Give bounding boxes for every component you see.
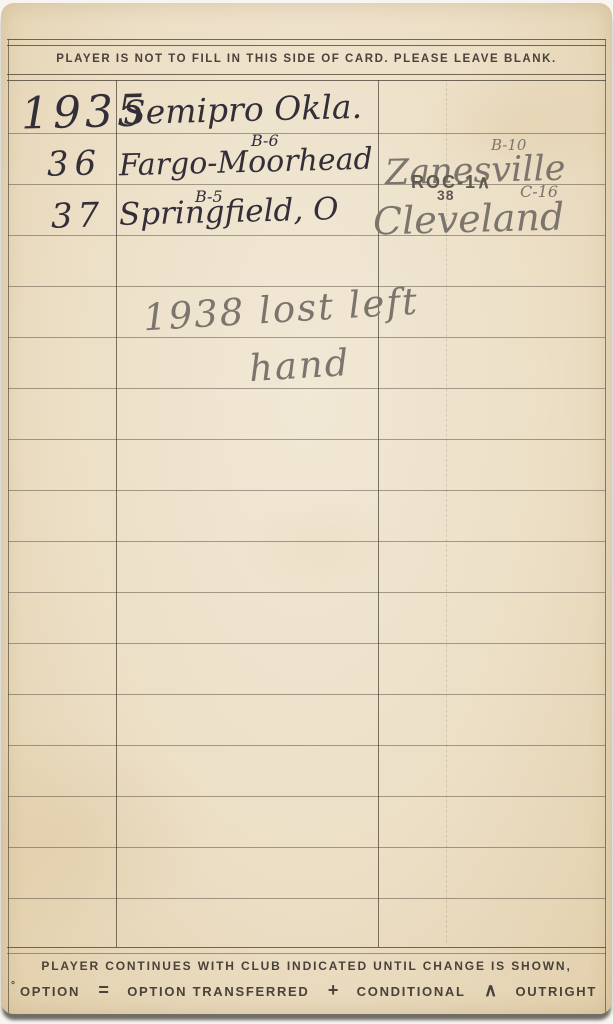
entry-1935-club: Semipro Okla. xyxy=(123,90,363,129)
equals-symbol: = xyxy=(98,980,109,1001)
scan-of-player-card: PLAYER IS NOT TO FILL IN THIS SIDE OF CA… xyxy=(0,0,613,1024)
player-contract-card-back: PLAYER IS NOT TO FILL IN THIS SIDE OF CA… xyxy=(1,3,612,1014)
legend-option: °OPTION xyxy=(11,980,80,999)
legend-conditional-label: CONDITIONAL xyxy=(357,984,466,999)
footer-continuation-note: PLAYER CONTINUES WITH CLUB INDICATED UNT… xyxy=(8,959,605,973)
caret-symbol: ∧ xyxy=(484,980,497,1001)
bottom-rule-outer xyxy=(7,947,606,948)
frame-line-right xyxy=(605,39,606,1013)
plus-symbol: + xyxy=(328,980,339,1001)
top-rule-outer xyxy=(7,39,606,40)
entry-1937-year: 37 xyxy=(51,198,105,233)
legend-transferred-label: OPTION TRANSFERRED xyxy=(127,984,309,999)
header-rule-outer xyxy=(7,74,606,75)
degree-symbol: ° xyxy=(11,980,15,991)
column-line-year xyxy=(116,80,117,947)
entry-1936-year: 36 xyxy=(47,146,103,181)
entry-1936-club: Fargo-Moorhead xyxy=(119,145,373,182)
legend-option-label: OPTION xyxy=(20,984,80,999)
injury-note-line2: hand xyxy=(248,344,351,387)
header-rule-inner xyxy=(7,80,606,81)
entry-1937-transfer-club: Cleveland xyxy=(373,198,565,241)
entry-1937-club: Springfield, O xyxy=(119,194,339,231)
footer-symbol-legend: °OPTION = OPTION TRANSFERRED + CONDITION… xyxy=(11,980,597,1001)
legend-outright-label: OUTRIGHT xyxy=(516,984,597,999)
header-banner: PLAYER IS NOT TO FILL IN THIS SIDE OF CA… xyxy=(8,45,605,74)
bottom-rule-inner xyxy=(7,953,606,954)
